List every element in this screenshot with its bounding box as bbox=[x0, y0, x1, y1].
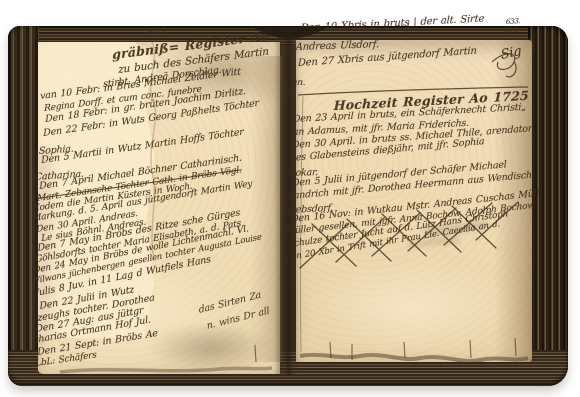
page-number-right: 633. bbox=[506, 17, 521, 26]
book-fore-edge bbox=[528, 26, 568, 386]
right-page bbox=[296, 40, 532, 362]
left-page bbox=[38, 42, 280, 374]
photo-background: 633gräbniß= Register Ao 1724zu buch des … bbox=[0, 0, 580, 397]
book-left-edge bbox=[8, 26, 39, 386]
